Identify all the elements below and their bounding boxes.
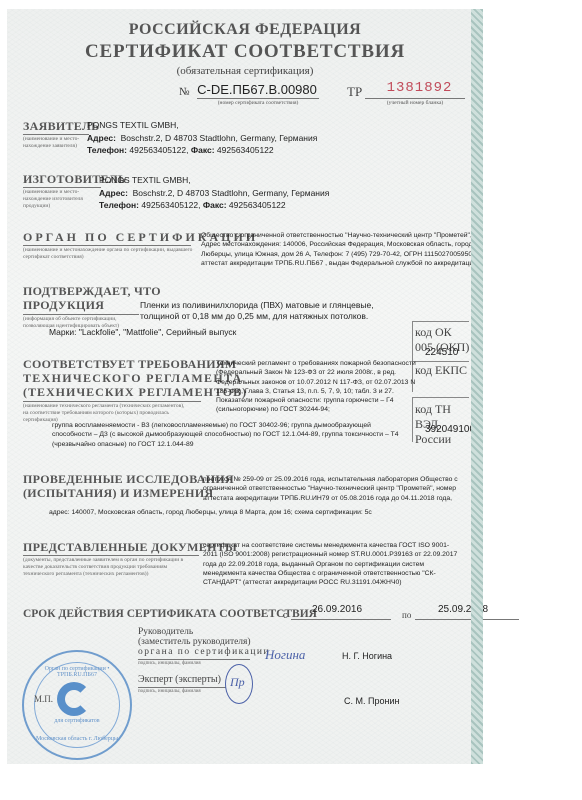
tests-line: протокол № 259-09 от 25.09.2016 года, ис… bbox=[203, 475, 483, 484]
head-caption: подпись, инициалы, фамилия bbox=[138, 661, 201, 666]
head-underline bbox=[138, 659, 250, 660]
regulations-line: (Федеральный Закон № 123-ФЗ от 22 июля 2… bbox=[216, 368, 416, 377]
applicant-title-underline bbox=[23, 134, 89, 135]
applicant-address-label: Адрес: bbox=[87, 133, 116, 143]
tests-continuation: адрес: 140007, Московская область, город… bbox=[49, 508, 372, 517]
expert-label: Эксперт (эксперты) bbox=[138, 674, 221, 685]
certification-body-underline bbox=[23, 245, 191, 246]
tnved-code-value: 3920491009 bbox=[425, 424, 481, 435]
validity-title: СРОК ДЕЙСТВИЯ СЕРТИФИКАТА СООТВЕТСТВИЯ bbox=[23, 608, 317, 620]
stamp-text-top: Орган по сертификации • ТРПБ.RU.ПБ67 bbox=[24, 666, 130, 678]
expert-name: С. М. Пронин bbox=[344, 696, 399, 707]
product-line: толщиной от 0,18 мм до 0,25 мм, для натя… bbox=[140, 311, 374, 322]
seal-label: М.П. bbox=[34, 694, 53, 704]
applicant-phone-label: Телефон: bbox=[87, 145, 127, 155]
official-stamp: Орган по сертификации • ТРПБ.RU.ПБ67 для… bbox=[22, 650, 132, 760]
regulations-line: (сильногорючие) по ГОСТ 30244-94; bbox=[216, 405, 416, 414]
tests-title-line2: (ИСПЫТАНИЯ) И ИЗМЕРЕНИЯ bbox=[23, 486, 213, 501]
expert-signature-mark: Пр bbox=[225, 664, 253, 704]
certification-body-details: Общество с ограниченной ответственностью… bbox=[201, 231, 481, 268]
certificate-sheet: РОССИЙСКАЯ ФЕДЕРАЦИЯ СЕРТИФИКАТ СООТВЕТС… bbox=[7, 9, 483, 764]
documents-details: сертификат на соответствие системы менед… bbox=[203, 541, 483, 587]
certification-body-line: аттестат аккредитации ТРПБ.RU.ПБ67 , выд… bbox=[201, 259, 481, 268]
blank-number-caption: (учетный номер бланка) bbox=[365, 100, 465, 106]
product-title-line1: ПОДТВЕРЖДАЕТ, ЧТО bbox=[23, 284, 161, 299]
manufacturer-address-value: Boschstr.2, D 48703 Stadtlohn, Germany, … bbox=[133, 188, 330, 198]
regulations-underline bbox=[23, 401, 201, 402]
head-title-line3: органа по сертификации bbox=[138, 647, 270, 657]
head-title-line2: (заместитель руководителя) bbox=[138, 637, 270, 647]
documents-line: 2011 (ISO 9001:2008) регистрационный ном… bbox=[203, 550, 483, 559]
head-title-line1: Руководитель bbox=[138, 627, 270, 637]
validity-from-date: 26.09.2016 bbox=[312, 605, 362, 616]
manufacturer-contacts: Телефон: 492563405122, Факс: 49256340512… bbox=[99, 200, 286, 211]
regulations-line: Федеральных законов от 10.07.2012 N 117-… bbox=[216, 378, 416, 387]
regulations-line: Технический регламент о требованиях пожа… bbox=[216, 359, 416, 368]
validity-to-label: по bbox=[402, 610, 411, 620]
manufacturer-fax-value: 492563405122 bbox=[229, 200, 286, 210]
product-title-line2: ПРОДУКЦИЯ bbox=[23, 298, 104, 313]
documents-underline bbox=[23, 555, 199, 556]
certificate-title: СЕРТИФИКАТ СООТВЕТСТВИЯ bbox=[7, 41, 483, 63]
tests-line: аттестата аккредитации ТРПБ.RU.ИН79 от 0… bbox=[203, 494, 483, 503]
stamp-logo-icon bbox=[57, 682, 91, 716]
applicant-fax-value: 492563405122 bbox=[217, 145, 274, 155]
documents-line: сертификат на соответствие системы менед… bbox=[203, 541, 483, 550]
validity-to-underline bbox=[415, 619, 519, 620]
product-brands: Марки: "Lackfolie", "Mattfolie", Серийны… bbox=[49, 327, 236, 338]
applicant-fax-label: Факс: bbox=[191, 145, 215, 155]
regulations-title-line3: (ТЕХНИЧЕСКИХ РЕГЛАМЕНТОВ) bbox=[23, 385, 247, 400]
applicant-contacts: Телефон: 492563405122, Факс: 49256340512… bbox=[87, 145, 274, 156]
head-signature: Ногина bbox=[265, 647, 305, 663]
manufacturer-caption: (наименование и место-нахождение изготов… bbox=[23, 189, 95, 210]
manufacturer-address: Адрес: Boschstr.2, D 48703 Stadtlohn, Ge… bbox=[99, 188, 329, 199]
regulations-continuation-line: способности – Д3 (с высокой дымообразующ… bbox=[52, 430, 412, 439]
certification-body-caption: (наименование и местонахождение органа п… bbox=[23, 247, 193, 261]
tests-details: протокол № 259-09 от 25.09.2016 года, ис… bbox=[203, 475, 483, 503]
regulations-title-line1: СООТВЕТСТВУЕТ ТРЕБОВАНИЯМ bbox=[23, 357, 236, 372]
applicant-address-value: Boschstr.2, D 48703 Stadtlohn, Germany, … bbox=[121, 133, 318, 143]
manufacturer-title-underline bbox=[23, 187, 101, 188]
number-sign: № bbox=[179, 86, 190, 98]
regulations-continuation-line: группа воспламеняемости - В3 (легковоспл… bbox=[52, 421, 412, 430]
country-heading: РОССИЙСКАЯ ФЕДЕРАЦИЯ bbox=[7, 21, 483, 39]
applicant-address: Адрес: Boschstr.2, D 48703 Stadtlohn, Ge… bbox=[87, 133, 317, 144]
documents-line: СТАНДАРТ" (аттестат аккредитации РОСС RU… bbox=[203, 578, 483, 587]
head-title: Руководитель (заместитель руководителя) … bbox=[138, 627, 270, 657]
blank-number: 1381892 bbox=[377, 80, 462, 96]
certificate-subtitle: (обязательная сертификация) bbox=[7, 65, 483, 77]
applicant-name: PONGS TEXTIL GMBH, bbox=[87, 120, 179, 131]
certificate-number: C-DE.ПБ67.В.00980 bbox=[197, 82, 317, 97]
documents-line: года до 22.09.2018 года, выданный Органо… bbox=[203, 560, 483, 569]
certificate-number-caption: (номер сертификата соответствия) bbox=[197, 100, 319, 106]
okp-code-value: 224510 bbox=[425, 347, 458, 358]
regulations-line: Показатели пожарной опасности: группа го… bbox=[216, 396, 416, 405]
regulations-details: Технический регламент о требованиях пожа… bbox=[216, 359, 416, 415]
product-title-underline bbox=[23, 314, 139, 315]
manufacturer-phone-value: 492563405122, bbox=[141, 200, 200, 210]
regulations-line: 185-ФЗ), Глава 3, Статья 13, п.п. 5, 7, … bbox=[216, 387, 416, 396]
certification-body-line: Адрес местонахождения: 140006, Российска… bbox=[201, 240, 481, 249]
validity-from-underline bbox=[291, 619, 391, 620]
tests-line: ограниченной ответственностью "Научно-те… bbox=[203, 484, 483, 493]
manufacturer-name: PONGS TEXTIL GMBH, bbox=[99, 175, 191, 186]
product-description: Пленки из поливинилхлорида (ПВХ) матовые… bbox=[140, 300, 374, 321]
expert-caption: подпись, инициалы, фамилия bbox=[138, 689, 201, 694]
applicant-caption: (наименование и место-нахождение заявите… bbox=[23, 136, 91, 150]
regulations-continuation: группа воспламеняемости - В3 (легковоспл… bbox=[52, 421, 412, 449]
certification-body-line: Люберцы, улица Южная, дом 26 А, Телефон:… bbox=[201, 250, 481, 259]
certificate-number-underline bbox=[197, 98, 319, 99]
validity-to-date: 25.09.2018 bbox=[438, 605, 488, 616]
product-line: Пленки из поливинилхлорида (ПВХ) матовые… bbox=[140, 300, 374, 311]
tr-label: ТР bbox=[347, 84, 362, 100]
stamp-text-mid: для сертификатов bbox=[24, 718, 130, 724]
head-name: Н. Г. Ногина bbox=[342, 651, 392, 662]
expert-underline bbox=[138, 687, 226, 688]
regulations-continuation-line: (чрезвычайно опасные) по ГОСТ 12.1.044-8… bbox=[52, 440, 412, 449]
manufacturer-fax-label: Факс: bbox=[203, 200, 227, 210]
documents-caption: (документы, представленные заявителем в … bbox=[23, 557, 189, 578]
stamp-text-bottom: Московская область г. Люберцы bbox=[24, 736, 130, 742]
manufacturer-address-label: Адрес: bbox=[99, 188, 128, 198]
expert-signature: Пр bbox=[230, 675, 245, 690]
documents-line: менеджмента качества Общества с ограниче… bbox=[203, 569, 483, 578]
validity-from-label: с bbox=[283, 610, 287, 621]
manufacturer-phone-label: Телефон: bbox=[99, 200, 139, 210]
applicant-phone-value: 492563405122, bbox=[129, 145, 188, 155]
regulations-title-line2: ТЕХНИЧЕСКОГО РЕГЛАМЕНТА bbox=[23, 371, 243, 386]
blank-number-underline bbox=[365, 98, 465, 99]
certification-body-line: Общество с ограниченной ответственностью… bbox=[201, 231, 481, 240]
ekps-code-label: код ЕКПС bbox=[415, 363, 467, 378]
